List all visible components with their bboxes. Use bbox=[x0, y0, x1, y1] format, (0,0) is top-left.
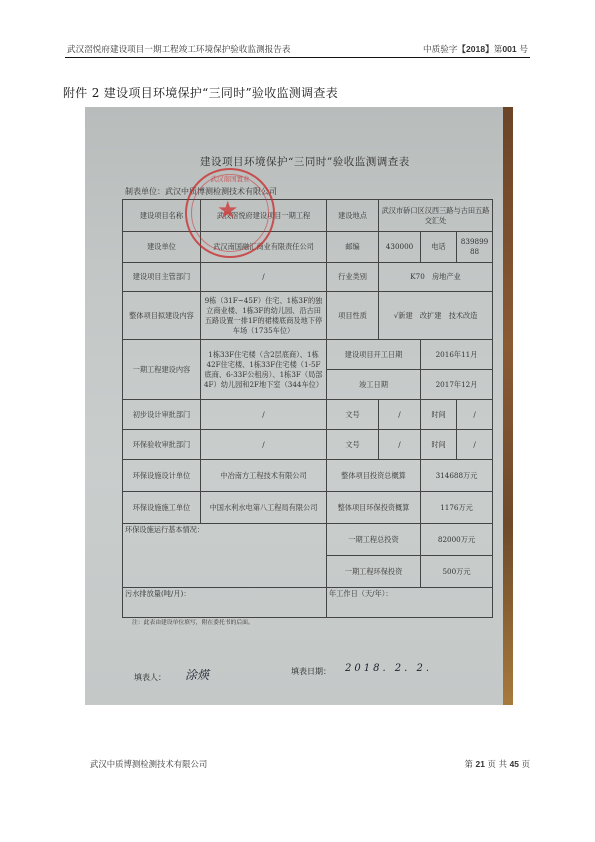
red-company-stamp: 武汉南国置业 ★ bbox=[185, 168, 275, 258]
wood-background bbox=[503, 107, 513, 705]
filler-label: 填表人： bbox=[134, 672, 166, 683]
header-title: 武汉滘悦府建设项目一期工程竣工环境保护验收监测报告表 bbox=[67, 43, 290, 55]
table-row: 整体项目拟建设内容 9栋（31F~45F）住宅、1栋3F的独立商业楼、1栋3F的… bbox=[123, 292, 493, 340]
header-doc-number: 中质验字【2018】第001 号 bbox=[423, 43, 528, 55]
table-row: 一期工程建设内容 1栋33F住宅楼（含2层底商）、1栋42F住宅楼、1栋33F住… bbox=[123, 340, 493, 370]
attachment-title: 附件 2 建设项目环境保护“三同时”验收监测调查表 bbox=[63, 84, 338, 101]
filler-signature: 涂煐 bbox=[185, 666, 209, 683]
table-row: 建设单位 武汉南国融汇商业有限责任公司 邮编 430000 电话 8398998… bbox=[123, 232, 493, 263]
fill-date-value: 2018. 2. 2. bbox=[345, 663, 432, 674]
page-header: 武汉滘悦府建设项目一期工程竣工环境保护验收监测报告表 中质验字【2018】第00… bbox=[65, 40, 530, 58]
fill-date-label: 填表日期： bbox=[291, 666, 331, 677]
table-row: 初步设计审批部门 / 文号 / 时间 / bbox=[123, 400, 493, 430]
page-number: 第 21 页 共 45 页 bbox=[464, 758, 530, 770]
footer-company: 武汉中质博测检测技术有限公司 bbox=[90, 758, 207, 770]
stamp-text: 武汉南国置业 bbox=[197, 174, 263, 183]
table-row: 建设项目主管部门 / 行业类别 K70 房地产业 bbox=[123, 263, 493, 292]
survey-table: 建设项目名称 武汉滘悦府建设项目一期工程 建设地点 武汉市硚口区汉西三路与古田五… bbox=[122, 199, 493, 618]
table-row: 环保验收审批部门 / 文号 / 时间 / bbox=[123, 430, 493, 460]
star-icon: ★ bbox=[217, 198, 239, 222]
table-row: 环保设施施工单位 中国水利水电第八工程局有限公司 整体项目环保投资概算 1176… bbox=[123, 492, 493, 524]
table-row: 环保设施运行基本情况： 一期工程总投资 82000万元 bbox=[123, 524, 493, 556]
form-title: 建设项目环境保护“三同时”验收监测调查表 bbox=[200, 154, 410, 169]
table-row: 环保设施设计单位 中冶南方工程技术有限公司 整体项目投资总概算 314688万元 bbox=[123, 460, 493, 492]
table-row: 污水排放量(吨/月)： 年工作日（天/年）： bbox=[123, 588, 493, 618]
form-note: 注：此表由建设单位填写，附在委托书的后面。 bbox=[132, 617, 254, 626]
table-row: 建设项目名称 武汉滘悦府建设项目一期工程 建设地点 武汉市硚口区汉西三路与古田五… bbox=[123, 200, 493, 232]
